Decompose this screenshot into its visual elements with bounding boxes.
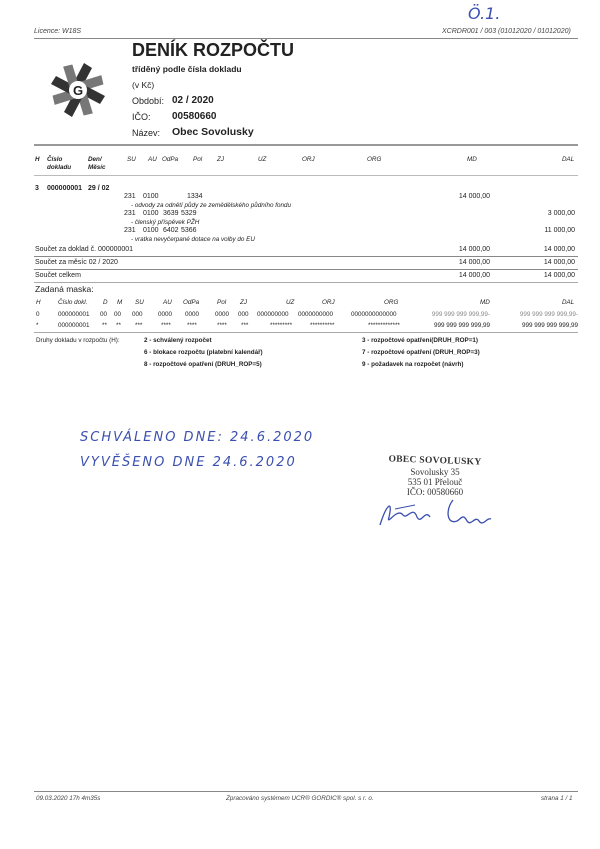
mask-col: DAL — [562, 299, 574, 306]
name-label: Název: — [132, 128, 160, 138]
mask-cell: 000000001 — [58, 311, 90, 318]
official-stamp: OBEC SOVOLUSKY Sovolusky 35 535 01 Přelo… — [370, 456, 500, 497]
line-su: 231 — [124, 193, 136, 200]
doc-type-item: 6 - blokace rozpočtu (platební kalendář) — [144, 349, 263, 356]
mask-col: MD — [480, 299, 490, 306]
line-au: 0100 — [143, 227, 159, 234]
mask-col: AU — [163, 299, 172, 306]
col-au: AU — [148, 156, 157, 163]
stamp-address1: Sovolusky 35 — [370, 467, 500, 477]
mask-cell: 000000000 — [257, 311, 289, 318]
footer-page: strana 1 / 1 — [541, 795, 573, 802]
mask-cell: 999 999 999 999,99- — [488, 311, 578, 318]
mask-cell: 000 — [238, 311, 249, 318]
mask-cell: 000000001 — [58, 322, 90, 329]
mask-cell: 0000 — [215, 311, 229, 318]
col-number: Číslo dokladu — [47, 156, 81, 172]
mask-cell: ********* — [270, 322, 292, 329]
total-md: 14 000,00 — [420, 246, 490, 253]
licence-label: Licence: W18S — [34, 28, 81, 35]
mask-col: UZ — [286, 299, 294, 306]
mask-cell: 0 — [36, 311, 40, 318]
mask-cell: *** — [135, 322, 142, 329]
col-zj: ZJ — [217, 156, 224, 163]
mask-col: Pol — [217, 299, 226, 306]
mask-cell: ** — [116, 322, 121, 329]
line-description: - odvody za odnětí půdy ze zemědělského … — [131, 202, 291, 209]
col-h: H — [35, 156, 40, 163]
mask-cell: 00 — [100, 311, 107, 318]
mask-col: M — [117, 299, 122, 306]
col-odpa: OdPa — [162, 156, 178, 163]
mask-cell: 0000 — [158, 311, 172, 318]
ico-label: IČO: — [132, 112, 151, 122]
gordic-logo-icon: G — [48, 60, 108, 120]
handwritten-mark: Ö.1. — [468, 4, 500, 23]
doc-type-item: 9 - požadavek na rozpočet (návrh) — [362, 361, 463, 368]
mask-cell: *** — [241, 322, 248, 329]
col-dal: DAL — [562, 156, 574, 163]
line-description: - vratka nevyčerpané dotace na volby do … — [131, 236, 255, 243]
line-su: 231 — [124, 227, 136, 234]
mask-cell: 00 — [114, 311, 121, 318]
mask-cell: **** — [187, 322, 197, 329]
line-pol: 1334 — [187, 193, 203, 200]
doc-types-label: Druhy dokladu v rozpočtu (H): — [36, 337, 120, 344]
line-au: 0100 — [143, 193, 159, 200]
ico-value: 00580660 — [172, 111, 217, 122]
line-description: - členský příspěvek PŽH — [131, 219, 199, 226]
report-title: DENÍK ROZPOČTU — [132, 40, 294, 61]
mask-title: Zadaná maska: — [35, 284, 94, 294]
total-label: Součet celkem — [35, 272, 81, 279]
footer-processed-by: Zpracováno systémem UCR® GORDIC® spol. s… — [226, 795, 374, 802]
period-label: Období: — [132, 96, 164, 106]
mask-col: SU — [135, 299, 144, 306]
mask-cell: * — [36, 322, 38, 329]
mask-col: OdPa — [183, 299, 199, 306]
line-odpa: 3639 — [163, 210, 179, 217]
line-dal: 3 000,00 — [505, 210, 575, 217]
mask-col: Číslo dokl. — [58, 299, 87, 306]
total-md: 14 000,00 — [420, 259, 490, 266]
doc-number: 000000001 — [47, 185, 82, 192]
footer-timestamp: 09.03.2020 17h 4m35s — [36, 795, 100, 802]
svg-text:G: G — [73, 83, 83, 98]
stamp-address2: 535 01 Přelouč — [370, 477, 500, 487]
line-odpa: 6402 — [163, 227, 179, 234]
mask-cell: 0000000000 — [298, 311, 333, 318]
signature-icon — [375, 495, 505, 535]
period-value: 02 / 2020 — [172, 95, 214, 106]
col-pol: Pol — [193, 156, 202, 163]
mask-cell: 999 999 999 999,99 — [488, 322, 578, 329]
total-dal: 14 000,00 — [505, 272, 575, 279]
mask-col: ZJ — [240, 299, 247, 306]
mask-cell: 999 999 999 999,99- — [400, 311, 490, 318]
mask-cell: ** — [102, 322, 107, 329]
line-dal: 11 000,00 — [505, 227, 575, 234]
currency-label: (v Kč) — [132, 80, 154, 90]
mask-col: D — [103, 299, 108, 306]
col-day-month: Den/ Měsíc — [88, 156, 112, 172]
handwritten-approved: SCHVÁLENO DNE: 24.6.2020 — [80, 430, 314, 445]
mask-cell: 0000 — [185, 311, 199, 318]
doc-type-item: 8 - rozpočtové opatření (DRUH_ROP=5) — [144, 361, 262, 368]
line-pol: 5329 — [181, 210, 197, 217]
mask-cell: 999 999 999 999,99 — [400, 322, 490, 329]
total-md: 14 000,00 — [420, 272, 490, 279]
col-md: MD — [467, 156, 477, 163]
col-su: SU — [127, 156, 136, 163]
handwritten-posted: VYVĚŠENO DNE 24.6.2020 — [80, 455, 297, 470]
mask-col: ORJ — [322, 299, 335, 306]
doc-date: 29 / 02 — [88, 185, 109, 192]
col-org: ORG — [367, 156, 381, 163]
line-au: 0100 — [143, 210, 159, 217]
name-value: Obec Sovolusky — [172, 126, 254, 138]
doc-h: 3 — [35, 185, 39, 192]
line-su: 231 — [124, 210, 136, 217]
mask-cell: 0000000000000 — [351, 311, 397, 318]
mask-cell: **** — [217, 322, 227, 329]
line-pol: 5366 — [181, 227, 197, 234]
col-orj: ORJ — [302, 156, 315, 163]
line-md: 14 000,00 — [420, 193, 490, 200]
mask-cell: ********** — [310, 322, 335, 329]
total-label: Součet za doklad č. 000000001 — [35, 246, 133, 253]
mask-cell: ************* — [368, 322, 400, 329]
mask-cell: **** — [161, 322, 171, 329]
mask-col: ORG — [384, 299, 398, 306]
mask-col: H — [36, 299, 41, 306]
doc-type-item: 7 - rozpočtové opatření (DRUH_ROP=3) — [362, 349, 480, 356]
doc-type-item: 3 - rozpočtové opatření(DRUH_ROP=1) — [362, 337, 478, 344]
report-code: XCRDR001 / 003 (01012020 / 01012020) — [442, 28, 571, 35]
report-subtitle: tříděný podle čísla dokladu — [132, 64, 242, 74]
total-dal: 14 000,00 — [505, 246, 575, 253]
doc-type-item: 2 - schválený rozpočet — [144, 337, 212, 344]
mask-cell: 000 — [132, 311, 143, 318]
total-label: Součet za měsíc 02 / 2020 — [35, 259, 118, 266]
col-uz: UZ — [258, 156, 266, 163]
total-dal: 14 000,00 — [505, 259, 575, 266]
